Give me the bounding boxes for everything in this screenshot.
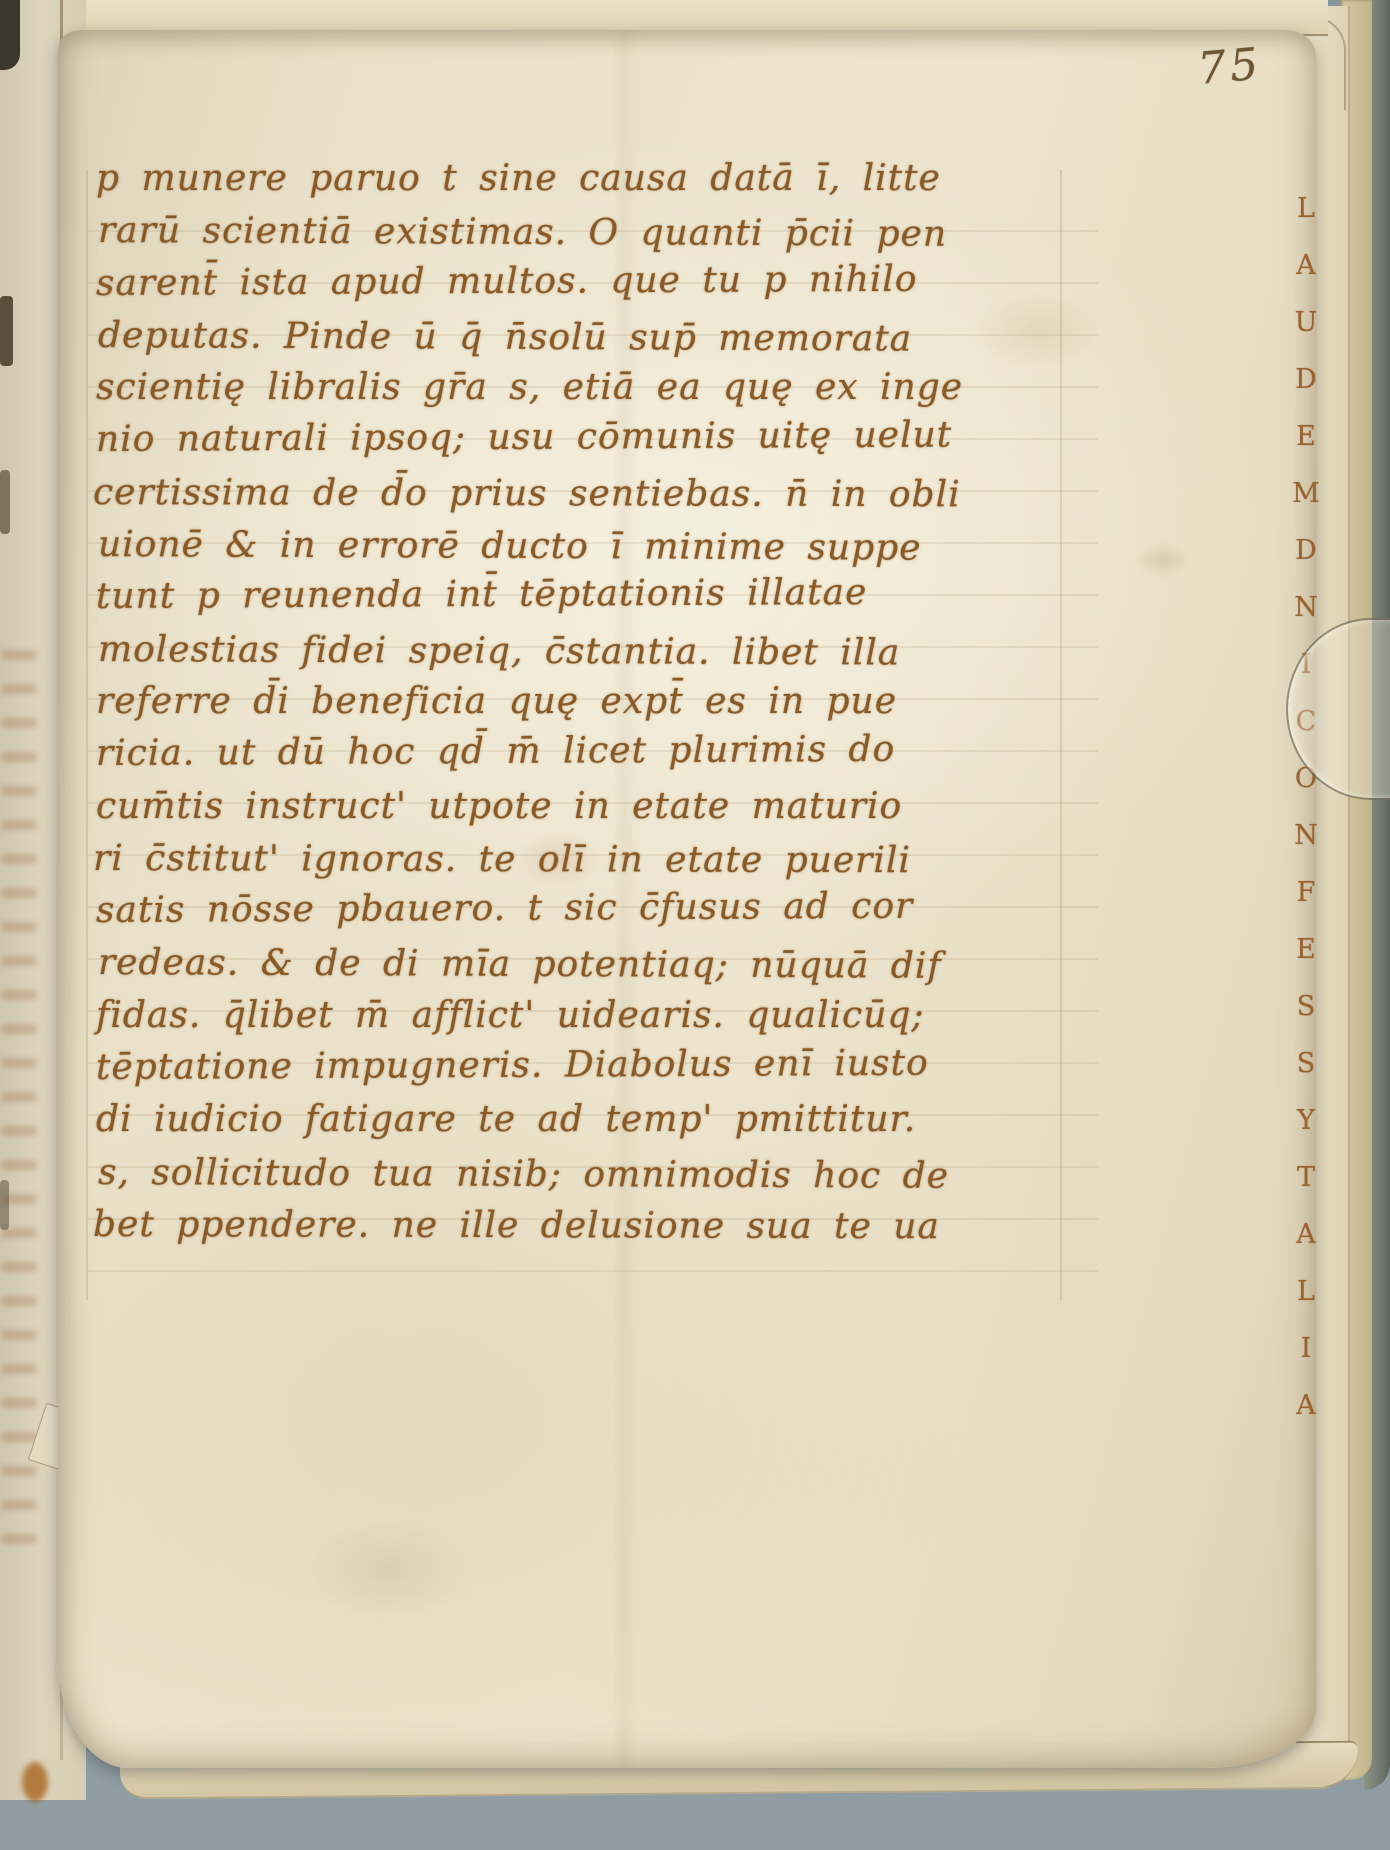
- text-line: nio naturali ipsoq; usu cōmunis uitę uel…: [96, 414, 1056, 471]
- text-line: fidas. q̄libet m̄ afflict' uidearis. qua…: [96, 995, 1056, 1047]
- text-line: certissima de d̄o prius sentiebas. n̄ in…: [93, 472, 1053, 527]
- text-line: redeas. & de di mīa potentiaq; nūquā dif: [98, 942, 1058, 998]
- binding-corner: [0, 0, 20, 70]
- binding-mark: [0, 296, 13, 366]
- text-line: s, sollicitudo tua nisib; omnimodis hoc …: [98, 1152, 1058, 1208]
- ruling-frame-right: [1060, 170, 1062, 1300]
- text-line: satis nōsse pbauero. t sic c̄fusus ad co…: [96, 885, 1056, 942]
- text-line: scientię libralis gr̄a s, etiā ea quę ex…: [96, 367, 1056, 419]
- text-line: deputas. Pinde ū q̄ n̄solū sup̄ memorata: [98, 315, 1058, 371]
- text-line: cum̄tis instruct' utpote in etate maturi…: [96, 786, 1056, 838]
- text-line: p munere paruo t sine causa datā ī, litt…: [96, 158, 1056, 210]
- text-line: sarent̄ ista apud multos. que tu p nihil…: [96, 258, 1056, 315]
- text-line: bet ppendere. ne ille delusione sua te u…: [93, 1204, 1053, 1259]
- text-line: di iudicio fatigare te ad temp' pmittitu…: [96, 1099, 1056, 1151]
- rust-stain: [22, 1762, 48, 1802]
- text-block: p munere paruo t sine causa datā ī, litt…: [96, 158, 1056, 1256]
- binding-mark: [0, 1180, 9, 1230]
- text-line: referre d̄i beneficia quę expt̄ es in pu…: [96, 681, 1056, 733]
- marginalia-vertical-text: L A U D E M D N I C O N F E S S Y T A L …: [1288, 180, 1324, 1434]
- binding-mark: [0, 470, 10, 534]
- ruling-frame-left: [86, 170, 88, 1300]
- manuscript-photo: 75 p munere paruo t sine causa datā ī, l…: [0, 0, 1390, 1850]
- text-line: ricia. ut dū hoc qd̄ m̄ licet plurimis d…: [96, 728, 1056, 785]
- folio-number: 75: [1196, 36, 1290, 95]
- text-line: tēptatione impugneris. Diabolus enī iust…: [96, 1042, 1056, 1099]
- gutter-showthrough-text: [2, 650, 36, 1550]
- text-line: ri c̄stitut' ignoras. te olī in etate pu…: [93, 838, 1053, 893]
- text-line: molestias fidei speiq, c̄stantia. libet …: [98, 629, 1058, 685]
- text-line: tunt p reunenda int̄ tēptationis illatae: [96, 571, 1056, 628]
